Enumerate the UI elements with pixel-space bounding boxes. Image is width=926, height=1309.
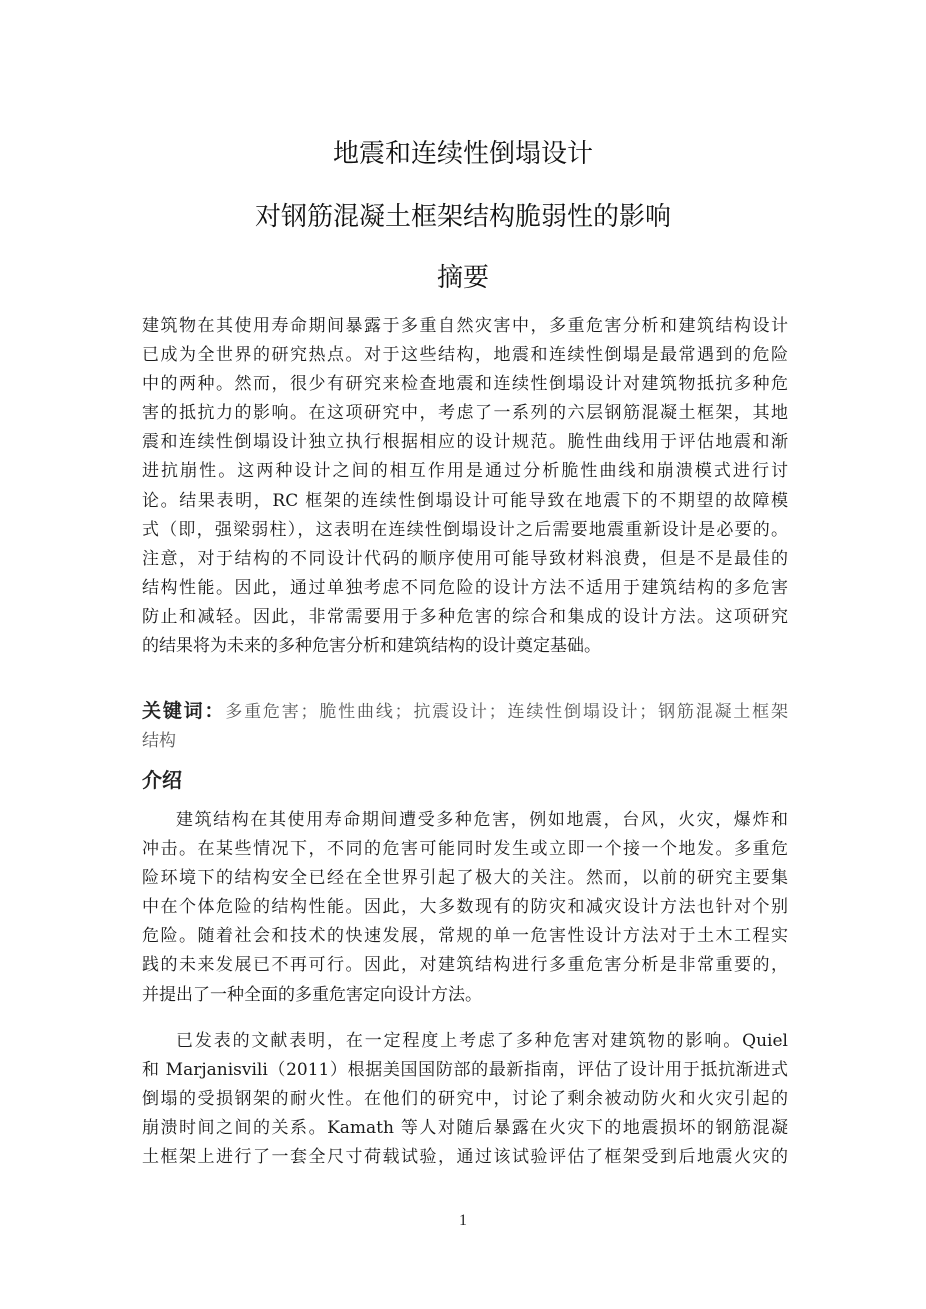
- abstract-line: 结构性能。因此，通过单独考虑不同危险的设计方法不适用于建筑结构的多危害: [142, 574, 788, 603]
- abstract-line: 震和连续性倒塌设计独立执行根据相应的设计规范。脆性曲线用于评估地震和渐: [142, 428, 788, 457]
- keywords-block: 关键词：多重危害；脆性曲线；抗震设计；连续性倒塌设计；钢筋混凝土框架 结构: [142, 696, 788, 756]
- paragraph-line: 倒塌的受损钢架的耐火性。在他们的研究中，讨论了剩余被动防火和火灾引起的: [142, 1085, 788, 1114]
- abstract-line: 防止和减轻。因此，非常需要用于多种危害的综合和集成的设计方法。这项研究: [142, 603, 788, 632]
- paper-title-line-2: 对钢筋混凝土框架结构脆弱性的影响: [0, 196, 926, 233]
- paragraph-line: 和 Marjanisvili（2011）根据美国国防部的最新指南，评估了设计用于…: [142, 1056, 788, 1085]
- abstract-line: 进抗崩性。这两种设计之间的相互作用是通过分析脆性曲线和崩溃模式进行讨: [142, 457, 788, 486]
- keywords-line-1: 关键词：多重危害；脆性曲线；抗震设计；连续性倒塌设计；钢筋混凝土框架: [142, 696, 788, 726]
- section-heading-introduction: 介绍: [142, 764, 182, 793]
- paragraph-line: 中在个体危险的结构性能。因此，大多数现有的防灾和减灾设计方法也针对个别: [142, 893, 788, 922]
- abstract-line: 建筑物在其使用寿命期间暴露于多重自然灾害中，多重危害分析和建筑结构设计: [142, 312, 788, 341]
- paragraph-line: 践的未来发展已不再可行。因此，对建筑结构进行多重危害分析是非常重要的，: [142, 951, 788, 980]
- abstract-heading: 摘要: [0, 257, 926, 294]
- abstract-line: 式（即，强梁弱柱），这表明在连续性倒塌设计之后需要地震重新设计是必要的。: [142, 516, 788, 545]
- paragraph-line: 险环境下的结构安全已经在全世界引起了极大的关注。然而，以前的研究主要集: [142, 864, 788, 893]
- page-number: 1: [0, 1212, 926, 1230]
- abstract-line: 害的抵抗力的影响。在这项研究中，考虑了一系列的六层钢筋混凝土框架，其地: [142, 399, 788, 428]
- paragraph-line: 土框架上进行了一套全尺寸荷载试验，通过该试验评估了框架受到后地震火灾的: [142, 1143, 788, 1172]
- paper-title-line-1: 地震和连续性倒塌设计: [0, 133, 926, 170]
- keywords-line-2: 结构: [142, 726, 788, 756]
- paragraph-line: 建筑结构在其使用寿命期间遭受多种危害，例如地震，台风，火灾，爆炸和: [142, 806, 788, 835]
- abstract-line: 的结果将为未来的多种危害分析和建筑结构的设计奠定基础。: [142, 632, 788, 661]
- introduction-paragraph-1: 建筑结构在其使用寿命期间遭受多种危害，例如地震，台风，火灾，爆炸和 冲击。在某些…: [142, 806, 788, 1010]
- abstract-line: 论。结果表明，RC 框架的连续性倒塌设计可能导致在地震下的不期望的故障模: [142, 487, 788, 516]
- keywords-label: 关键词：: [142, 700, 225, 722]
- paragraph-line: 危险。随着社会和技术的快速发展，常规的单一危害性设计方法对于土木工程实: [142, 922, 788, 951]
- keywords-list: 多重危害；脆性曲线；抗震设计；连续性倒塌设计；钢筋混凝土框架: [225, 702, 788, 722]
- abstract-body: 建筑物在其使用寿命期间暴露于多重自然灾害中，多重危害分析和建筑结构设计 已成为全…: [142, 312, 788, 661]
- paragraph-line: 并提出了一种全面的多重危害定向设计方法。: [142, 981, 788, 1010]
- paragraph-line: 冲击。在某些情况下，不同的危害可能同时发生或立即一个接一个地发。多重危: [142, 835, 788, 864]
- paragraph-line: 已发表的文献表明，在一定程度上考虑了多种危害对建筑物的影响。Quiel: [142, 1027, 788, 1056]
- document-page: 地震和连续性倒塌设计 对钢筋混凝土框架结构脆弱性的影响 摘要 建筑物在其使用寿命…: [0, 0, 926, 1309]
- introduction-paragraph-2: 已发表的文献表明，在一定程度上考虑了多种危害对建筑物的影响。Quiel 和 Ma…: [142, 1027, 788, 1172]
- abstract-line: 中的两种。然而，很少有研究来检查地震和连续性倒塌设计对建筑物抵抗多种危: [142, 370, 788, 399]
- paragraph-line: 崩溃时间之间的关系。Kamath 等人对随后暴露在火灾下的地震损坏的钢筋混凝: [142, 1114, 788, 1143]
- abstract-line: 注意，对于结构的不同设计代码的顺序使用可能导致材料浪费，但是不是最佳的: [142, 545, 788, 574]
- abstract-line: 已成为全世界的研究热点。对于这些结构，地震和连续性倒塌是最常遇到的危险: [142, 341, 788, 370]
